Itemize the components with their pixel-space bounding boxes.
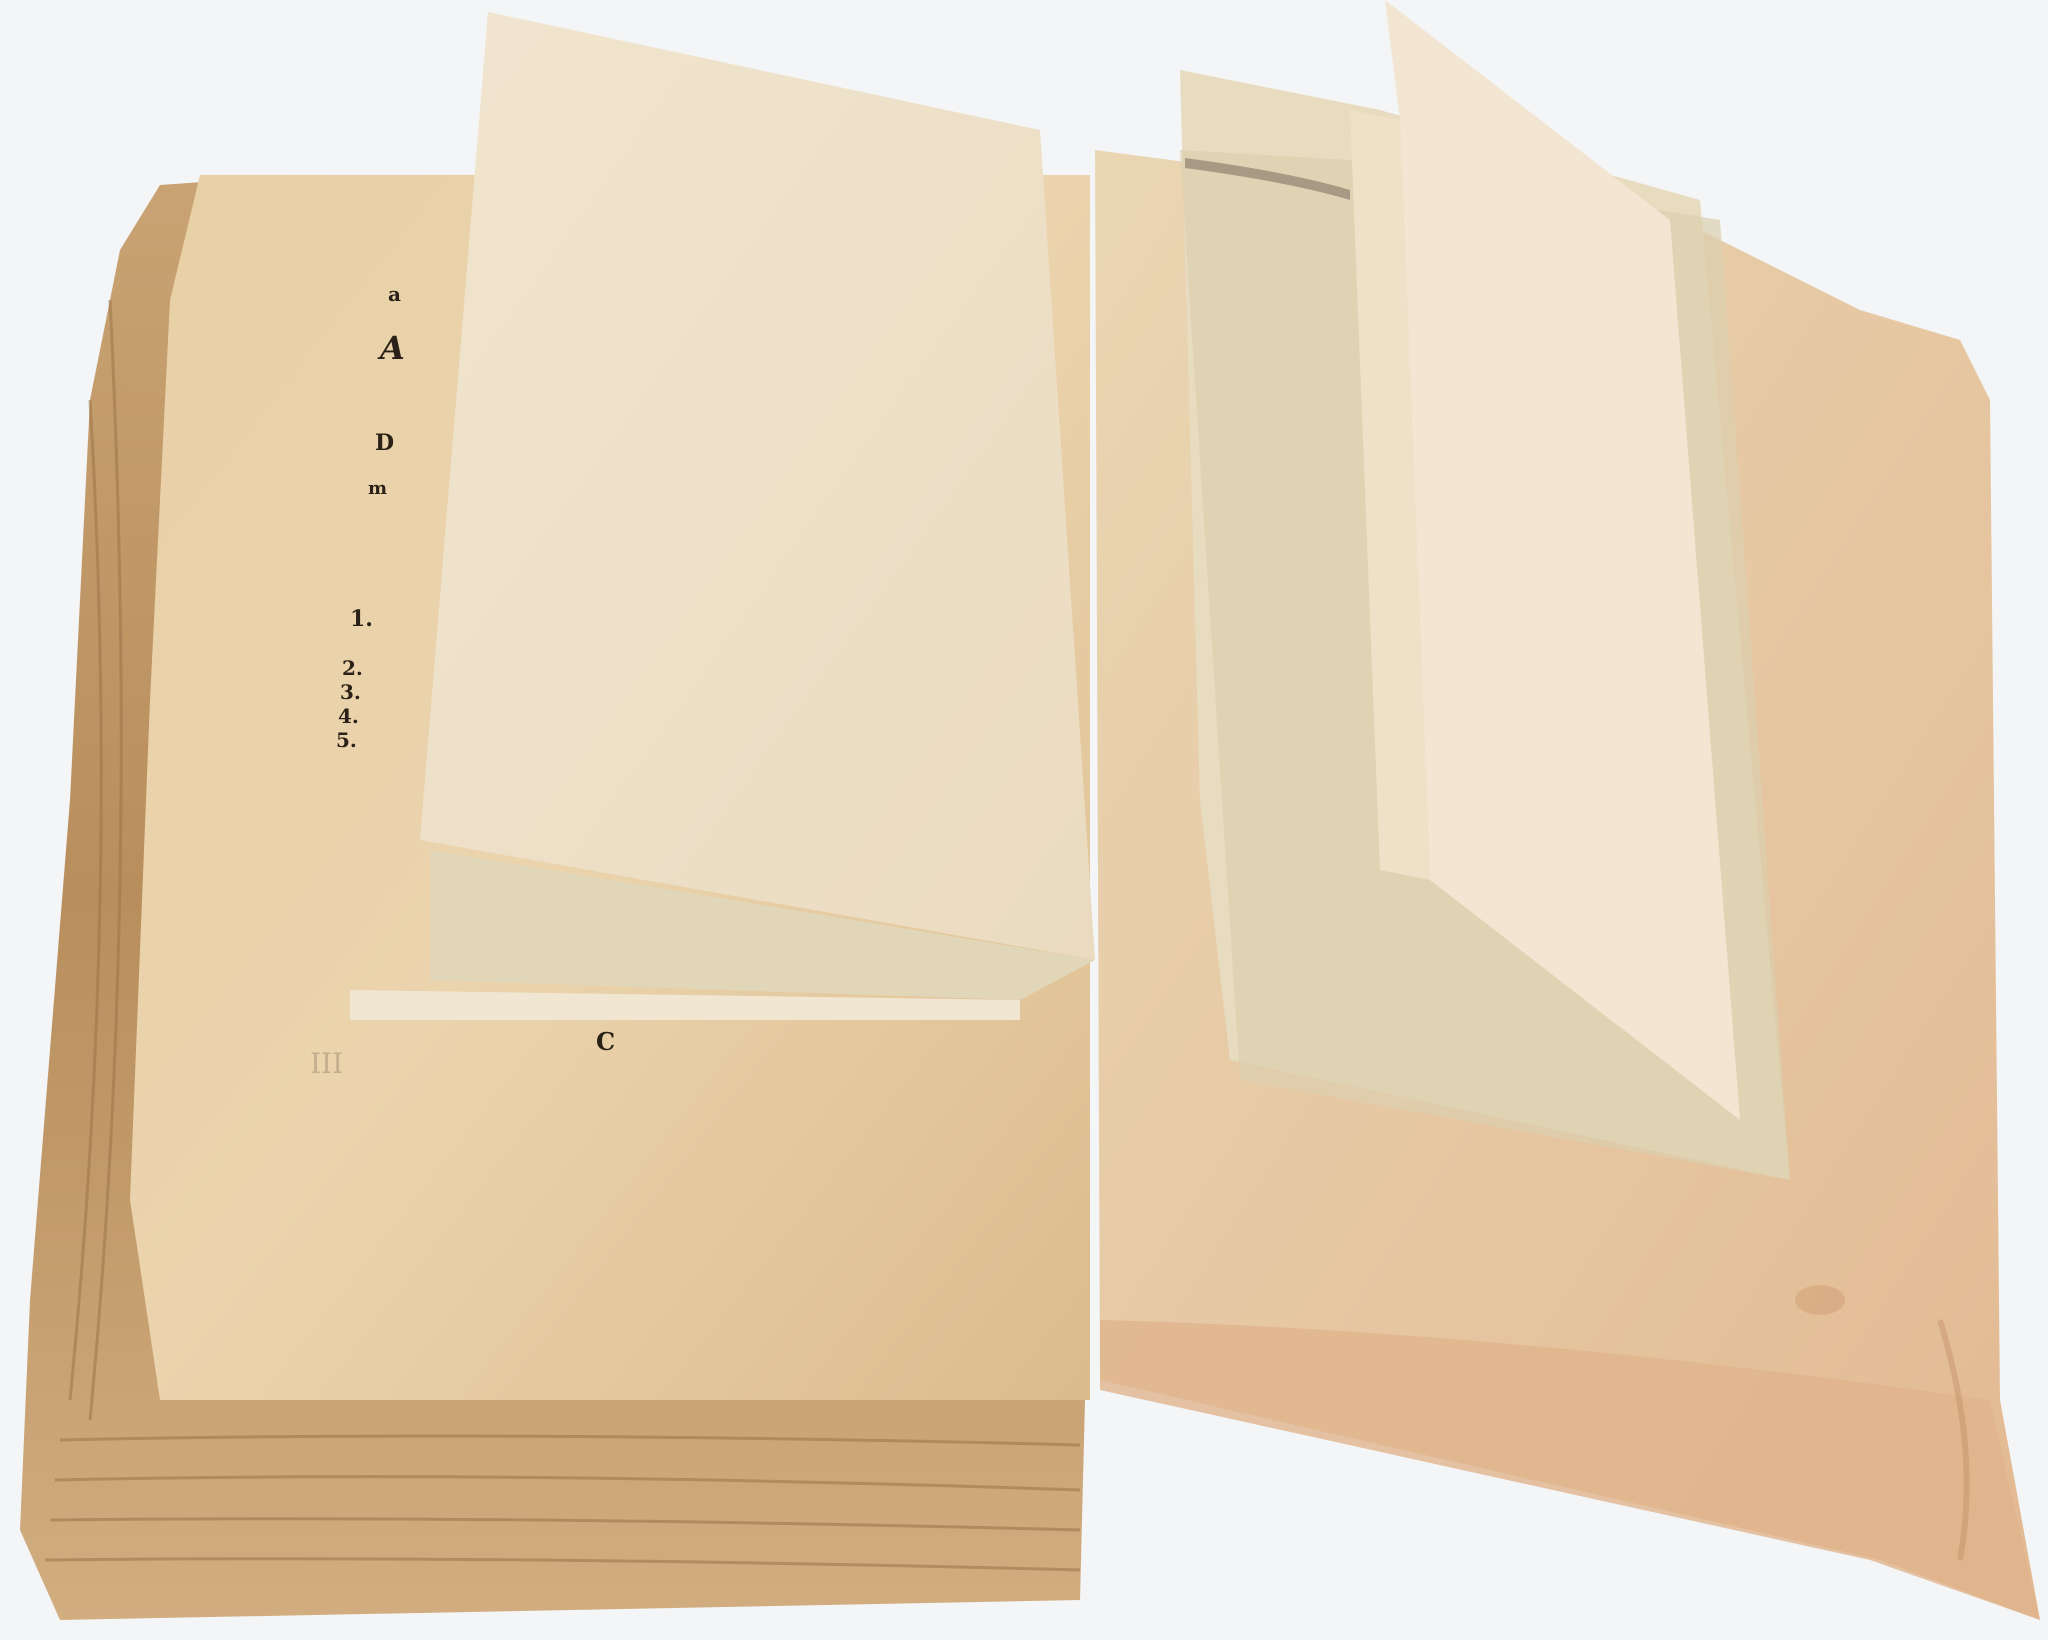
list-number: 2.: [342, 658, 363, 678]
bottom-glyph: C: [596, 1030, 615, 1054]
list-number: 3.: [340, 682, 361, 702]
margin-glyph: A: [380, 332, 405, 364]
margin-glyph: D: [375, 432, 394, 454]
list-number: 1.: [350, 608, 373, 630]
list-number: 4.: [338, 706, 359, 726]
faint-marks: III: [310, 1050, 343, 1078]
book-illustration: [0, 0, 2048, 1640]
margin-glyph: m: [368, 480, 387, 498]
margin-glyph: a: [388, 284, 401, 304]
left-upright-leaf: [420, 12, 1095, 960]
photo-scene: a A D m 1. 2. 3. 4. 5. C III: [0, 0, 2048, 1640]
list-number: 5.: [336, 730, 357, 750]
